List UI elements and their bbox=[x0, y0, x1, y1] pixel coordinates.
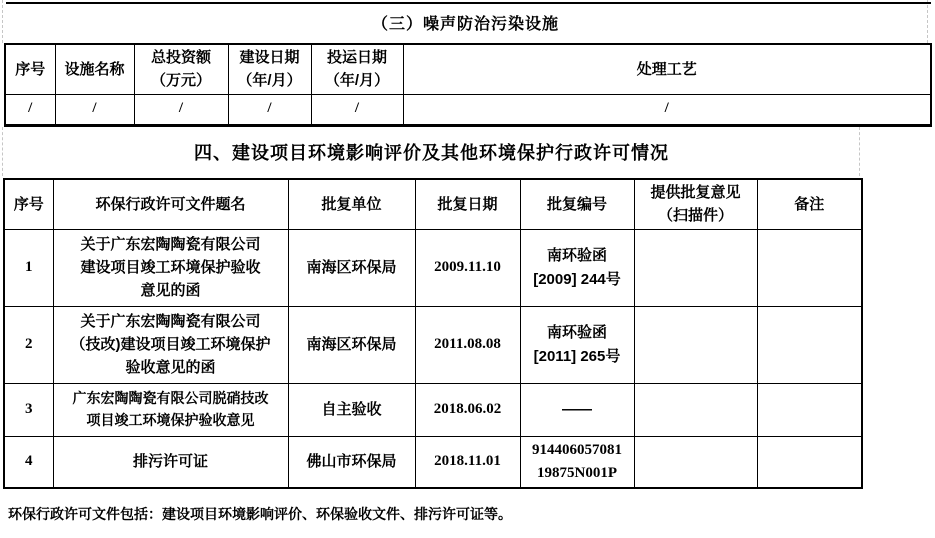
header-document-title: 环保行政许可文件题名 bbox=[53, 179, 288, 229]
header-seq-no: 序号 bbox=[4, 179, 53, 229]
cell-approval-date: 2018.11.01 bbox=[415, 436, 520, 488]
header-total-investment: 总投资额 （万元） bbox=[134, 44, 228, 94]
cell-treatment-process: / bbox=[403, 94, 931, 125]
cell-approval-date: 2009.11.10 bbox=[415, 229, 520, 306]
cell-build-date: / bbox=[228, 94, 311, 125]
cell-remark bbox=[757, 383, 862, 436]
cell-remark bbox=[757, 436, 862, 488]
previous-row-bottom-rule bbox=[6, 2, 931, 4]
permit-row: 3 广东宏陶陶瓷有限公司脱硝技改 项目竣工环境保护验收意见 自主验收 2018.… bbox=[4, 383, 862, 436]
permit-table: 序号 环保行政许可文件题名 批复单位 批复日期 批复编号 提供批复意见 （扫描件… bbox=[3, 178, 863, 489]
noise-table-title: （三）噪声防治污染设施 bbox=[3, 11, 928, 34]
cell-seq-no: 3 bbox=[4, 383, 53, 436]
header-operation-date: 投运日期 （年/月） bbox=[311, 44, 403, 94]
header-seq-no: 序号 bbox=[5, 44, 55, 94]
cell-approval-number: 914406057081 19875N001P bbox=[520, 436, 634, 488]
cell-remark bbox=[757, 306, 862, 383]
cell-facility-name: / bbox=[55, 94, 134, 125]
header-approval-unit: 批复单位 bbox=[288, 179, 415, 229]
noise-table-header-row: 序号 设施名称 总投资额 （万元） 建设日期 （年/月） 投运日期 （年/月） … bbox=[5, 44, 931, 94]
cell-remark bbox=[757, 229, 862, 306]
cell-scan-copy bbox=[634, 229, 757, 306]
cell-seq-no: 2 bbox=[4, 306, 53, 383]
header-facility-name: 设施名称 bbox=[55, 44, 134, 94]
cell-approval-number: 南环验函 [2011] 265号 bbox=[520, 306, 634, 383]
cell-seq-no: / bbox=[5, 94, 55, 125]
cell-document-title: 广东宏陶陶瓷有限公司脱硝技改 项目竣工环境保护验收意见 bbox=[53, 383, 288, 436]
permit-row: 2 关于广东宏陶陶瓷有限公司 （技改)建设项目竣工环境保护 验收意见的函 南海区… bbox=[4, 306, 862, 383]
cell-document-title: 排污许可证 bbox=[53, 436, 288, 488]
header-build-date: 建设日期 （年/月） bbox=[228, 44, 311, 94]
header-approval-date: 批复日期 bbox=[415, 179, 520, 229]
cell-scan-copy bbox=[634, 306, 757, 383]
cell-approval-unit: 南海区环保局 bbox=[288, 306, 415, 383]
footer-note: 环保行政许可文件包括：建设项目环境影响评价、环保验收文件、排污许可证等。 bbox=[8, 504, 908, 524]
cell-document-title: 关于广东宏陶陶瓷有限公司 （技改)建设项目竣工环境保护 验收意见的函 bbox=[53, 306, 288, 383]
cell-seq-no: 4 bbox=[4, 436, 53, 488]
noise-table-data-row: / / / / / / bbox=[5, 94, 931, 125]
header-scan-copy: 提供批复意见 （扫描件） bbox=[634, 179, 757, 229]
cell-scan-copy bbox=[634, 436, 757, 488]
cell-approval-unit: 南海区环保局 bbox=[288, 229, 415, 306]
permit-row: 4 排污许可证 佛山市环保局 2018.11.01 914406057081 1… bbox=[4, 436, 862, 488]
permit-row: 1 关于广东宏陶陶瓷有限公司 建设项目竣工环境保护验收 意见的函 南海区环保局 … bbox=[4, 229, 862, 306]
cell-seq-no: 1 bbox=[4, 229, 53, 306]
permit-table-header-row: 序号 环保行政许可文件题名 批复单位 批复日期 批复编号 提供批复意见 （扫描件… bbox=[4, 179, 862, 229]
header-approval-number: 批复编号 bbox=[520, 179, 634, 229]
cell-scan-copy bbox=[634, 383, 757, 436]
cell-approval-date: 2018.06.02 bbox=[415, 383, 520, 436]
header-remark: 备注 bbox=[757, 179, 862, 229]
cell-approval-unit: 佛山市环保局 bbox=[288, 436, 415, 488]
cell-approval-date: 2011.08.08 bbox=[415, 306, 520, 383]
cell-approval-number: —— bbox=[520, 383, 634, 436]
cell-document-title: 关于广东宏陶陶瓷有限公司 建设项目竣工环境保护验收 意见的函 bbox=[53, 229, 288, 306]
header-treatment-process: 处理工艺 bbox=[403, 44, 931, 94]
cell-operation-date: / bbox=[311, 94, 403, 125]
noise-facilities-table: 序号 设施名称 总投资额 （万元） 建设日期 （年/月） 投运日期 （年/月） … bbox=[4, 43, 932, 127]
cell-total-investment: / bbox=[134, 94, 228, 125]
section-title: 四、建设项目环境影响评价及其他环境保护行政许可情况 bbox=[3, 139, 860, 165]
cell-approval-number: 南环验函 [2009] 244号 bbox=[520, 229, 634, 306]
cell-approval-unit: 自主验收 bbox=[288, 383, 415, 436]
